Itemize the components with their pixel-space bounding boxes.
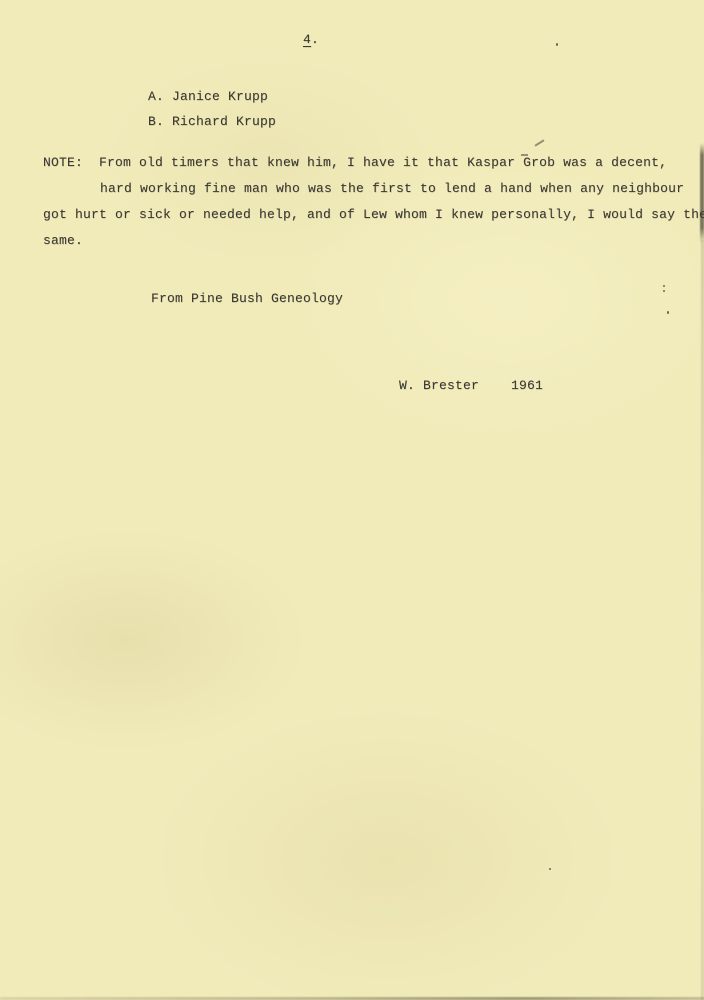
note-paragraph-line-3: got hurt or sick or needed help, and of … (43, 208, 704, 221)
pencil-mark-above-grob (534, 139, 544, 147)
note-paragraph-line-2: hard working fine man who was the first … (100, 182, 684, 195)
page-number: 4. (271, 20, 319, 59)
scan-speck (556, 43, 558, 46)
signature-year: 1961 (511, 378, 543, 393)
note-paragraph-line-1: NOTE: From old timers that knew him, I h… (43, 156, 667, 169)
source-attribution: From Pine Bush Geneology (151, 292, 343, 305)
note-paragraph-line-4: same. (43, 234, 83, 247)
page-number-value: 4 (303, 32, 311, 47)
list-item-heir-a: A. Janice Krupp (148, 90, 268, 103)
scan-speck (663, 290, 665, 292)
scan-edge-artifact-right (700, 143, 704, 243)
signature-line: W. Brester1961 (367, 366, 543, 405)
scan-speck (663, 285, 665, 287)
scanned-document-page: 4. A. Janice Krupp B. Richard Krupp NOTE… (0, 0, 704, 1000)
scan-speck (549, 868, 551, 870)
signature-name: W. Brester (399, 378, 479, 393)
list-item-heir-b: B. Richard Krupp (148, 115, 276, 128)
page-number-period: . (311, 32, 319, 47)
scan-speck (667, 311, 669, 314)
